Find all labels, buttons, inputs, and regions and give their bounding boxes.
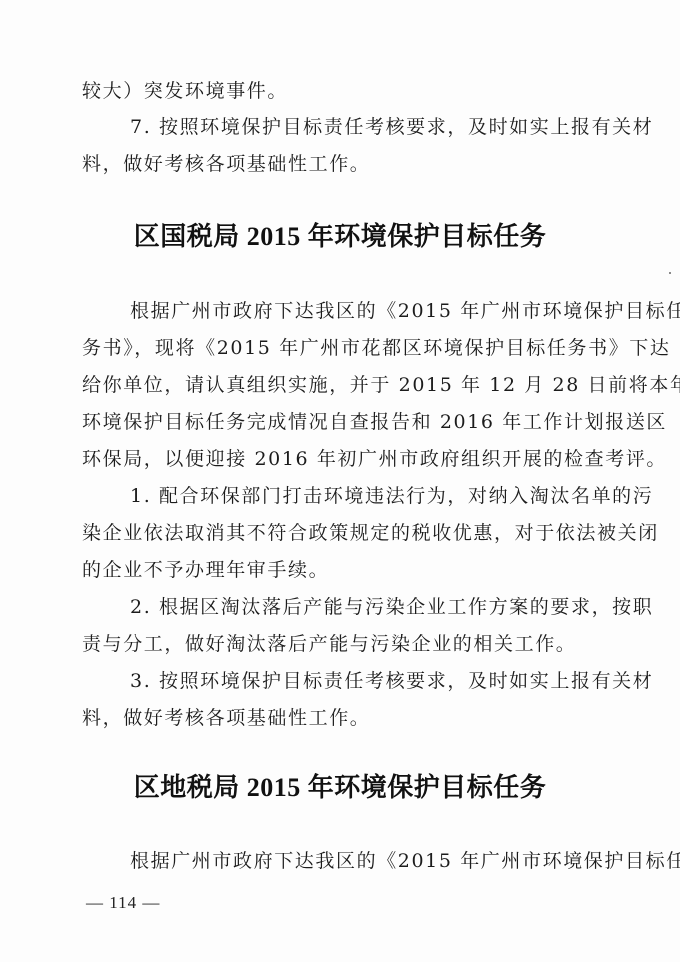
item-1-line: 1. 配合环保部门打击环境违法行为，对纳入淘汰名单的污 — [130, 485, 653, 507]
continued-text-line: 较大）突发环境事件。 — [82, 80, 288, 102]
intro-paragraph-line: 给你单位，请认真组织实施，并于 2015 年 12 月 28 日前将本年度 — [82, 374, 680, 396]
intro-paragraph-line: 务书》，现将《2015 年广州市花都区环境保护目标任务书》下达 — [82, 337, 671, 359]
scan-speck — [669, 272, 671, 274]
intro-paragraph-line: 环境保护目标任务完成情况自查报告和 2016 年工作计划报送区 — [82, 411, 667, 433]
item-2-line: 2. 根据区淘汰落后产能与污染企业工作方案的要求，按职 — [130, 596, 653, 618]
page-number: — 114 — — [86, 893, 160, 913]
continued-item-7-line: 料，做好考核各项基础性工作。 — [82, 153, 370, 175]
document-page: 较大）突发环境事件。 7. 按照环境保护目标责任考核要求，及时如实上报有关材 料… — [0, 0, 680, 962]
item-3-line: 3. 按照环境保护目标责任考核要求，及时如实上报有关材 — [130, 670, 653, 692]
item-1-line: 的企业不予办理年审手续。 — [82, 559, 329, 581]
item-3-line: 料，做好考核各项基础性工作。 — [82, 707, 370, 729]
section-title-guoshui: 区国税局 2015 年环境保护目标任务 — [0, 222, 680, 252]
item-2-line: 责与分工，做好淘汰落后产能与污染企业的相关工作。 — [82, 633, 576, 655]
intro-paragraph-line: 根据广州市政府下达我区的《2015 年广州市环境保护目标任 — [130, 300, 680, 322]
continued-item-7-line: 7. 按照环境保护目标责任考核要求，及时如实上报有关材 — [130, 116, 653, 138]
intro-paragraph-line: 环保局，以便迎接 2016 年初广州市政府组织开展的检查考评。 — [82, 448, 667, 470]
intro-paragraph-line: 根据广州市政府下达我区的《2015 年广州市环境保护目标任 — [130, 850, 680, 872]
section-title-dishui: 区地税局 2015 年环境保护目标任务 — [0, 773, 680, 803]
scan-speck — [192, 563, 194, 565]
item-1-line: 染企业依法取消其不符合政策规定的税收优惠，对于依法被关闭 — [82, 522, 659, 544]
